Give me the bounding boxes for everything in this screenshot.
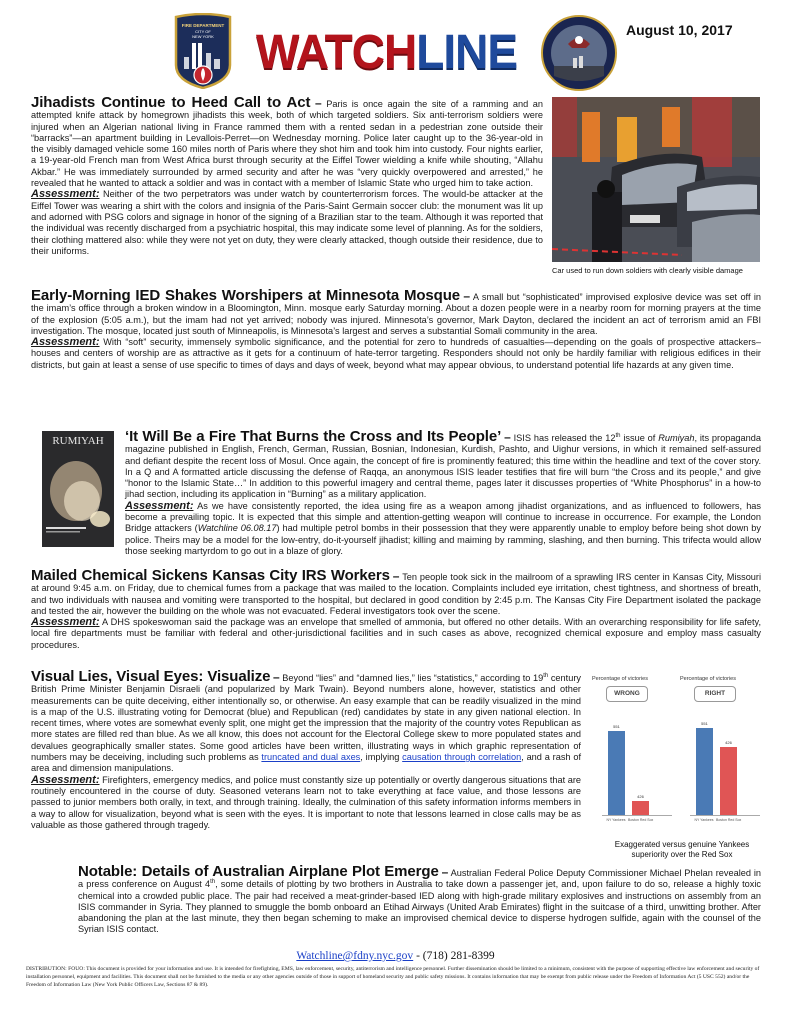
article-kansas-city-irs: Mailed Chemical Sickens Kansas City IRS … [31, 570, 761, 651]
article-body: Paris is once again the site of a rammin… [31, 99, 543, 188]
issue-date: August 10, 2017 [626, 22, 733, 38]
fdny-badge-logo: FIRE DEPARTMENT CITY OF NEW YORK [172, 13, 234, 89]
svg-text:FIRE DEPARTMENT: FIRE DEPARTMENT [182, 23, 225, 28]
ctp-seal-logo [540, 14, 618, 92]
article-visual-lies: Visual Lies, Visual Eyes: Visualize – Be… [31, 671, 581, 831]
article-headline: ‘It Will Be a Fire That Burns the Cross … [125, 428, 501, 445]
car-photo-caption: Car used to run down soldiers with clear… [552, 266, 782, 275]
assessment-label: Assessment: [31, 616, 99, 628]
article-headline: Notable: Details of Australian Airplane … [78, 863, 439, 880]
bar-redsox [632, 801, 649, 815]
causation-correlation-link[interactable]: causation through correlation [402, 752, 521, 762]
assessment-text: Firefighters, emergency medics, and poli… [31, 775, 581, 830]
newsletter-header: FIRE DEPARTMENT CITY OF NEW YORK WATCHLI… [0, 0, 791, 90]
contact-line: Watchline@fdny.nyc.gov - (718) 281-8399 [0, 950, 791, 962]
article-minnesota-mosque: Early-Morning IED Shakes Worshipers at M… [31, 290, 761, 371]
svg-text:RUMIYAH: RUMIYAH [52, 435, 103, 447]
assessment-label: Assessment: [31, 188, 99, 200]
svg-text:NEW YORK: NEW YORK [192, 34, 214, 39]
assessment-text: With “soft” security, immensely symbolic… [31, 337, 761, 370]
article-australian-plot: Notable: Details of Australian Airplane … [78, 866, 761, 936]
assessment-text: A DHS spokeswoman said the package was a… [31, 617, 761, 650]
assessment-label: Assessment: [31, 774, 99, 786]
phone-number: (718) 281-8399 [423, 950, 495, 962]
rumiyah-magazine-cover: RUMIYAH [42, 431, 114, 547]
assessment-label: Assessment: [31, 336, 99, 348]
article-jihadists-call-to-act: Jihadists Continue to Heed Call to Act –… [31, 97, 543, 257]
truncated-axes-link[interactable]: truncated and dual axes [261, 752, 360, 762]
chart-right: Percentage of victories RIGHT 551 426 NY… [680, 676, 762, 821]
article-headline: Early-Morning IED Shakes Worshipers at M… [31, 287, 460, 304]
assessment-label: Assessment: [125, 500, 193, 512]
watchline-wordmark: WATCHLINE [256, 27, 517, 75]
chart-caption: Exaggerated versus genuine Yankees super… [597, 840, 767, 859]
article-headline: Jihadists Continue to Heed Call to Act [31, 94, 310, 111]
article-headline: Visual Lies, Visual Eyes: Visualize [31, 668, 270, 685]
bar-yankees [696, 728, 713, 815]
article-headline: Mailed Chemical Sickens Kansas City IRS … [31, 567, 390, 584]
assessment-text: Neither of the two perpetrators was unde… [31, 189, 543, 255]
bar-yankees [608, 731, 625, 815]
bar-redsox [720, 747, 737, 815]
yankees-redsox-charts: Percentage of victories WRONG 551 426 NY… [592, 676, 782, 821]
chart-wrong: Percentage of victories WRONG 551 426 NY… [592, 676, 674, 821]
damaged-car-photo [552, 97, 760, 262]
distribution-disclaimer: DISTRIBUTION: FOUO: This document is pro… [26, 965, 770, 989]
article-fire-burns-cross: ‘It Will Be a Fire That Burns the Cross … [125, 431, 761, 557]
email-link[interactable]: Watchline@fdny.nyc.gov [296, 950, 413, 962]
